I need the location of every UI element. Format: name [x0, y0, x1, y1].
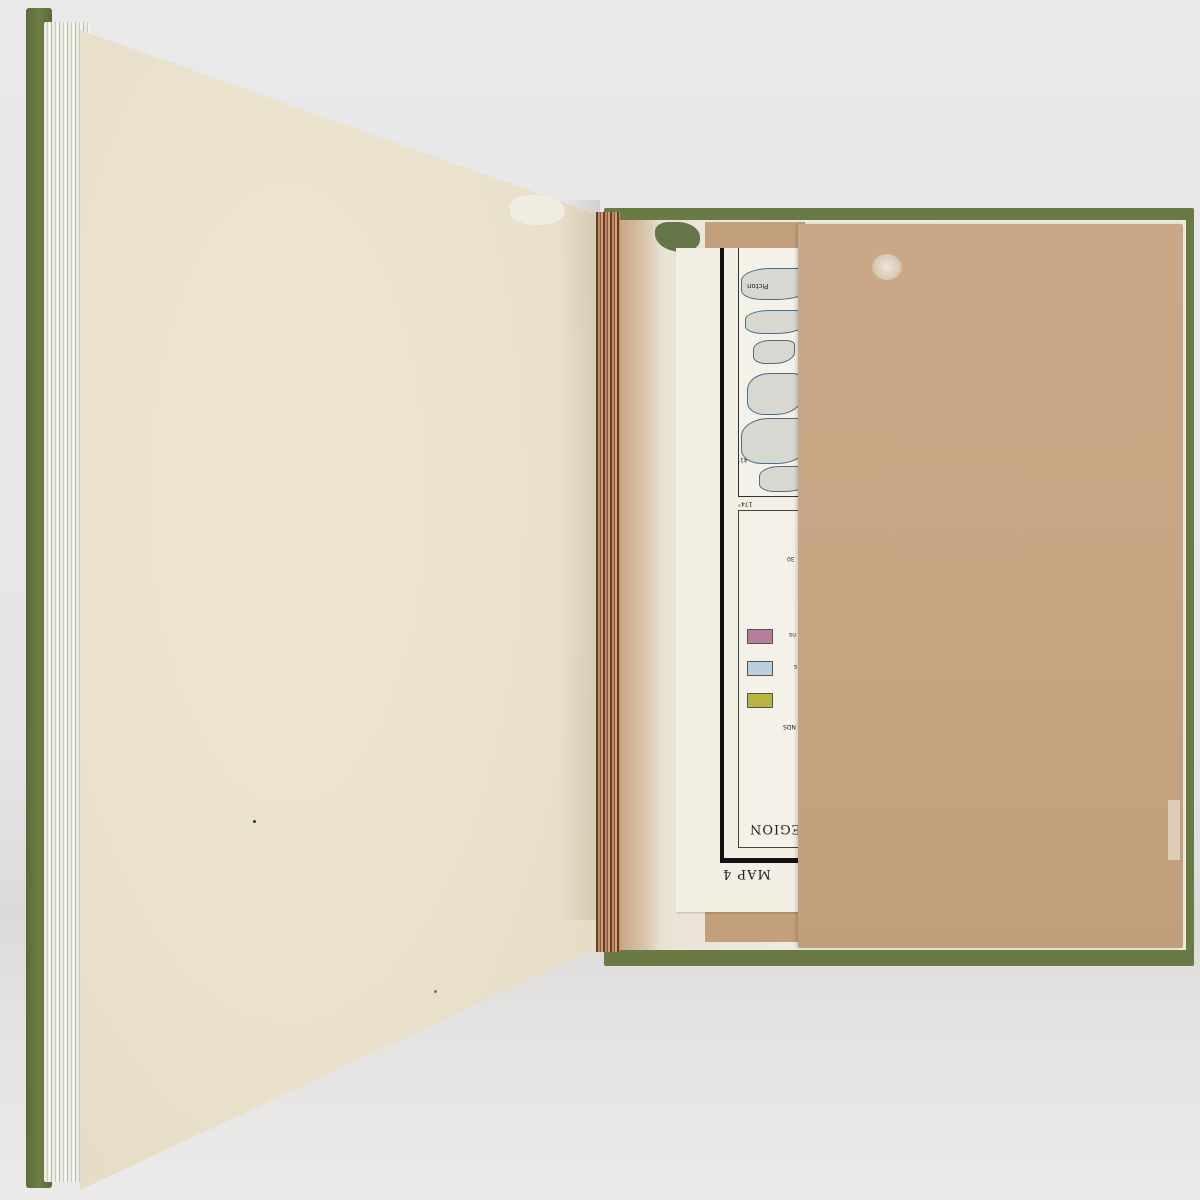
pocket-stain-spot	[872, 254, 902, 280]
legend-swatch-blue	[747, 661, 773, 676]
legend-swatch-olive	[747, 693, 773, 708]
spine-page-edges	[596, 212, 620, 952]
kraft-map-pocket	[798, 224, 1183, 948]
legend-text: ns	[789, 631, 796, 638]
map-number-label: MAP 4	[722, 866, 771, 881]
longitude-label: 174°	[738, 500, 752, 507]
legend-text: NDS	[783, 723, 796, 730]
endpaper-tear-mark	[510, 195, 565, 225]
pocket-edge-scuff	[1168, 800, 1180, 860]
endpaper-spot	[253, 820, 256, 823]
legend-swatch-pink	[747, 629, 773, 644]
legend-text: s	[794, 663, 797, 670]
place-label-picton: Picton	[747, 282, 768, 290]
scale-tick-label: 30	[787, 555, 795, 562]
left-page-gutter-shadow	[560, 200, 600, 920]
latitude-label: 41°	[738, 456, 748, 463]
endpaper-spot	[434, 990, 437, 993]
map-outer-border	[720, 248, 724, 862]
pastedown-stain	[620, 220, 660, 950]
